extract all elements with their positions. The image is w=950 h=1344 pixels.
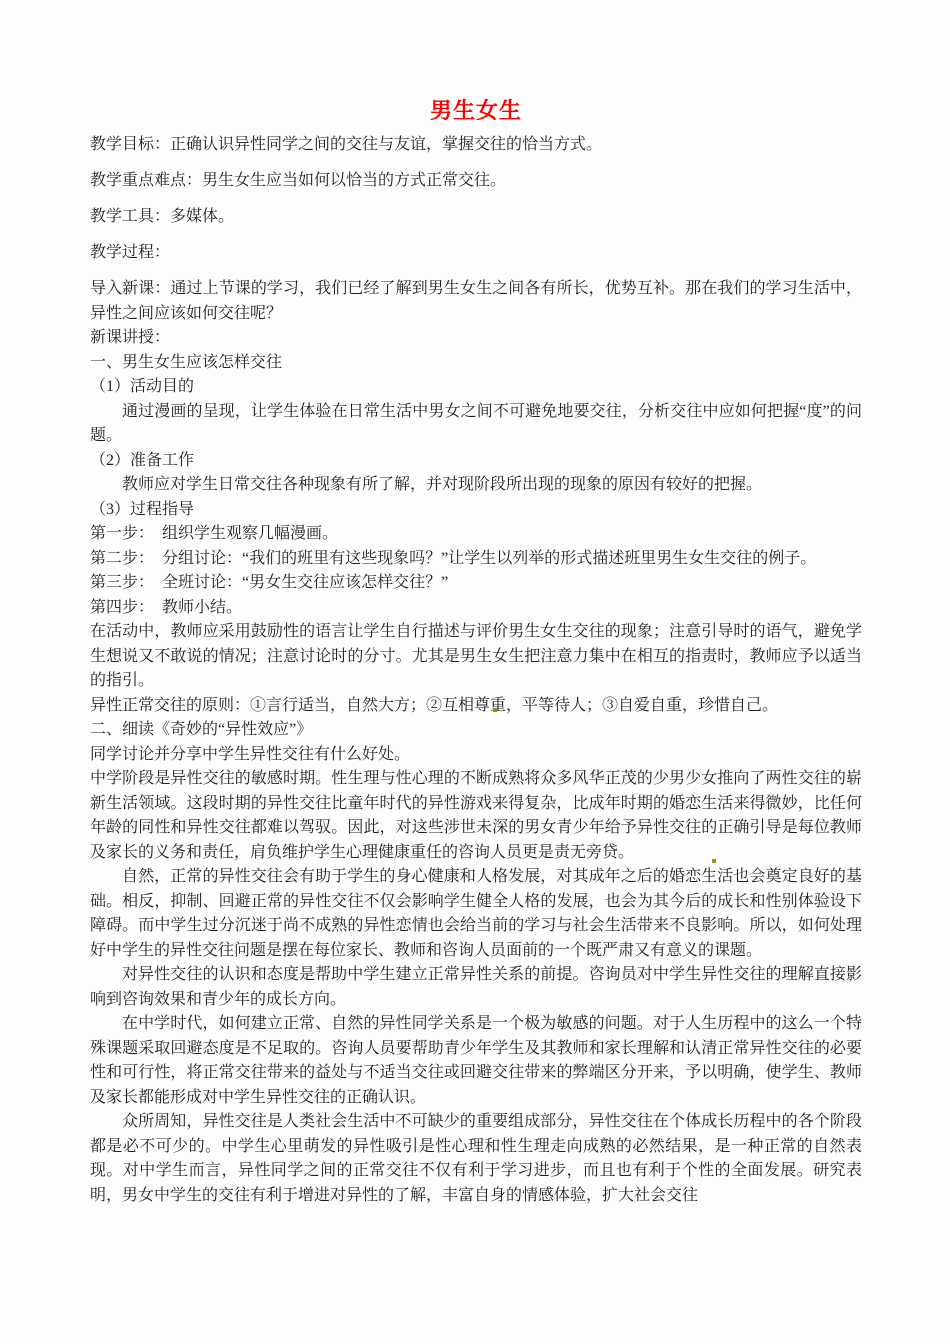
body-paragraph: 中学阶段是异性交往的敏感时期。性生理与性心理的不断成熟将众多风华正茂的少男少女推… <box>90 767 862 865</box>
body-paragraph: 异性正常交往的原则：①言行适当，自然大方；②互相尊重，平等待人；③自爱自重，珍惜… <box>90 694 862 719</box>
body-paragraph: 导入新课：通过上节课的学习，我们已经了解到男生女生之间各有所长，优势互补。那在我… <box>90 277 862 326</box>
body-section: 导入新课：通过上节课的学习，我们已经了解到男生女生之间各有所长，优势互补。那在我… <box>90 277 862 1208</box>
document-page: 男生女生 教学目标：正确认识异性同学之间的交往与友谊，掌握交往的恰当方式。教学重… <box>90 97 862 1208</box>
body-paragraph: 第四步： 教师小结。 <box>90 596 862 621</box>
scan-artifact-dot <box>493 708 497 712</box>
body-paragraph: 同学讨论并分享中学生异性交往有什么好处。 <box>90 743 862 768</box>
body-paragraph: （1）活动目的 <box>90 375 862 400</box>
meta-paragraph: 教学过程： <box>90 241 862 266</box>
body-paragraph: 对异性交往的认识和态度是帮助中学生建立正常异性关系的前提。咨询员对中学生异性交往… <box>90 963 862 1012</box>
meta-paragraph: 教学目标：正确认识异性同学之间的交往与友谊，掌握交往的恰当方式。 <box>90 133 862 158</box>
body-paragraph: 教师应对学生日常交往各种现象有所了解，并对现阶段所出现的现象的原因有较好的把握。 <box>90 473 862 498</box>
body-paragraph: 众所周知，异性交往是人类社会生活中不可缺少的重要组成部分，异性交往在个体成长历程… <box>90 1110 862 1208</box>
meta-paragraph: 教学重点难点：男生女生应当如何以恰当的方式正常交往。 <box>90 169 862 194</box>
page-background: { "page": { "background": "#fdfdfd", "te… <box>0 0 950 1344</box>
meta-paragraph: 教学工具：多媒体。 <box>90 205 862 230</box>
body-paragraph: （2）准备工作 <box>90 449 862 474</box>
body-paragraph: 第一步： 组织学生观察几幅漫画。 <box>90 522 862 547</box>
body-paragraph: 自然，正常的异性交往会有助于学生的身心健康和人格发展，对其成年之后的婚恋生活也会… <box>90 865 862 963</box>
body-paragraph: （3）过程指导 <box>90 498 862 523</box>
body-paragraph: 第二步： 分组讨论：“我们的班里有这些现象吗？”让学生以列举的形式描述班里男生女… <box>90 547 862 572</box>
body-paragraph: 一、男生女生应该怎样交往 <box>90 351 862 376</box>
meta-section: 教学目标：正确认识异性同学之间的交往与友谊，掌握交往的恰当方式。教学重点难点：男… <box>90 133 862 266</box>
body-paragraph: 在活动中，教师应采用鼓励性的语言让学生自行描述与评价男生女生交往的现象；注意引导… <box>90 620 862 694</box>
body-paragraph: 第三步： 全班讨论：“男女生交往应该怎样交往？” <box>90 571 862 596</box>
body-paragraph: 通过漫画的呈现，让学生体验在日常生活中男女之间不可避免地要交往，分析交往中应如何… <box>90 400 862 449</box>
body-paragraph: 在中学时代，如何建立正常、自然的异性同学关系是一个极为敏感的问题。对于人生历程中… <box>90 1012 862 1110</box>
scan-artifact-dot <box>712 859 716 863</box>
body-paragraph: 新课讲授： <box>90 326 862 351</box>
document-title: 男生女生 <box>90 97 862 125</box>
body-paragraph: 二、细读《奇妙的“异性效应”》 <box>90 718 862 743</box>
